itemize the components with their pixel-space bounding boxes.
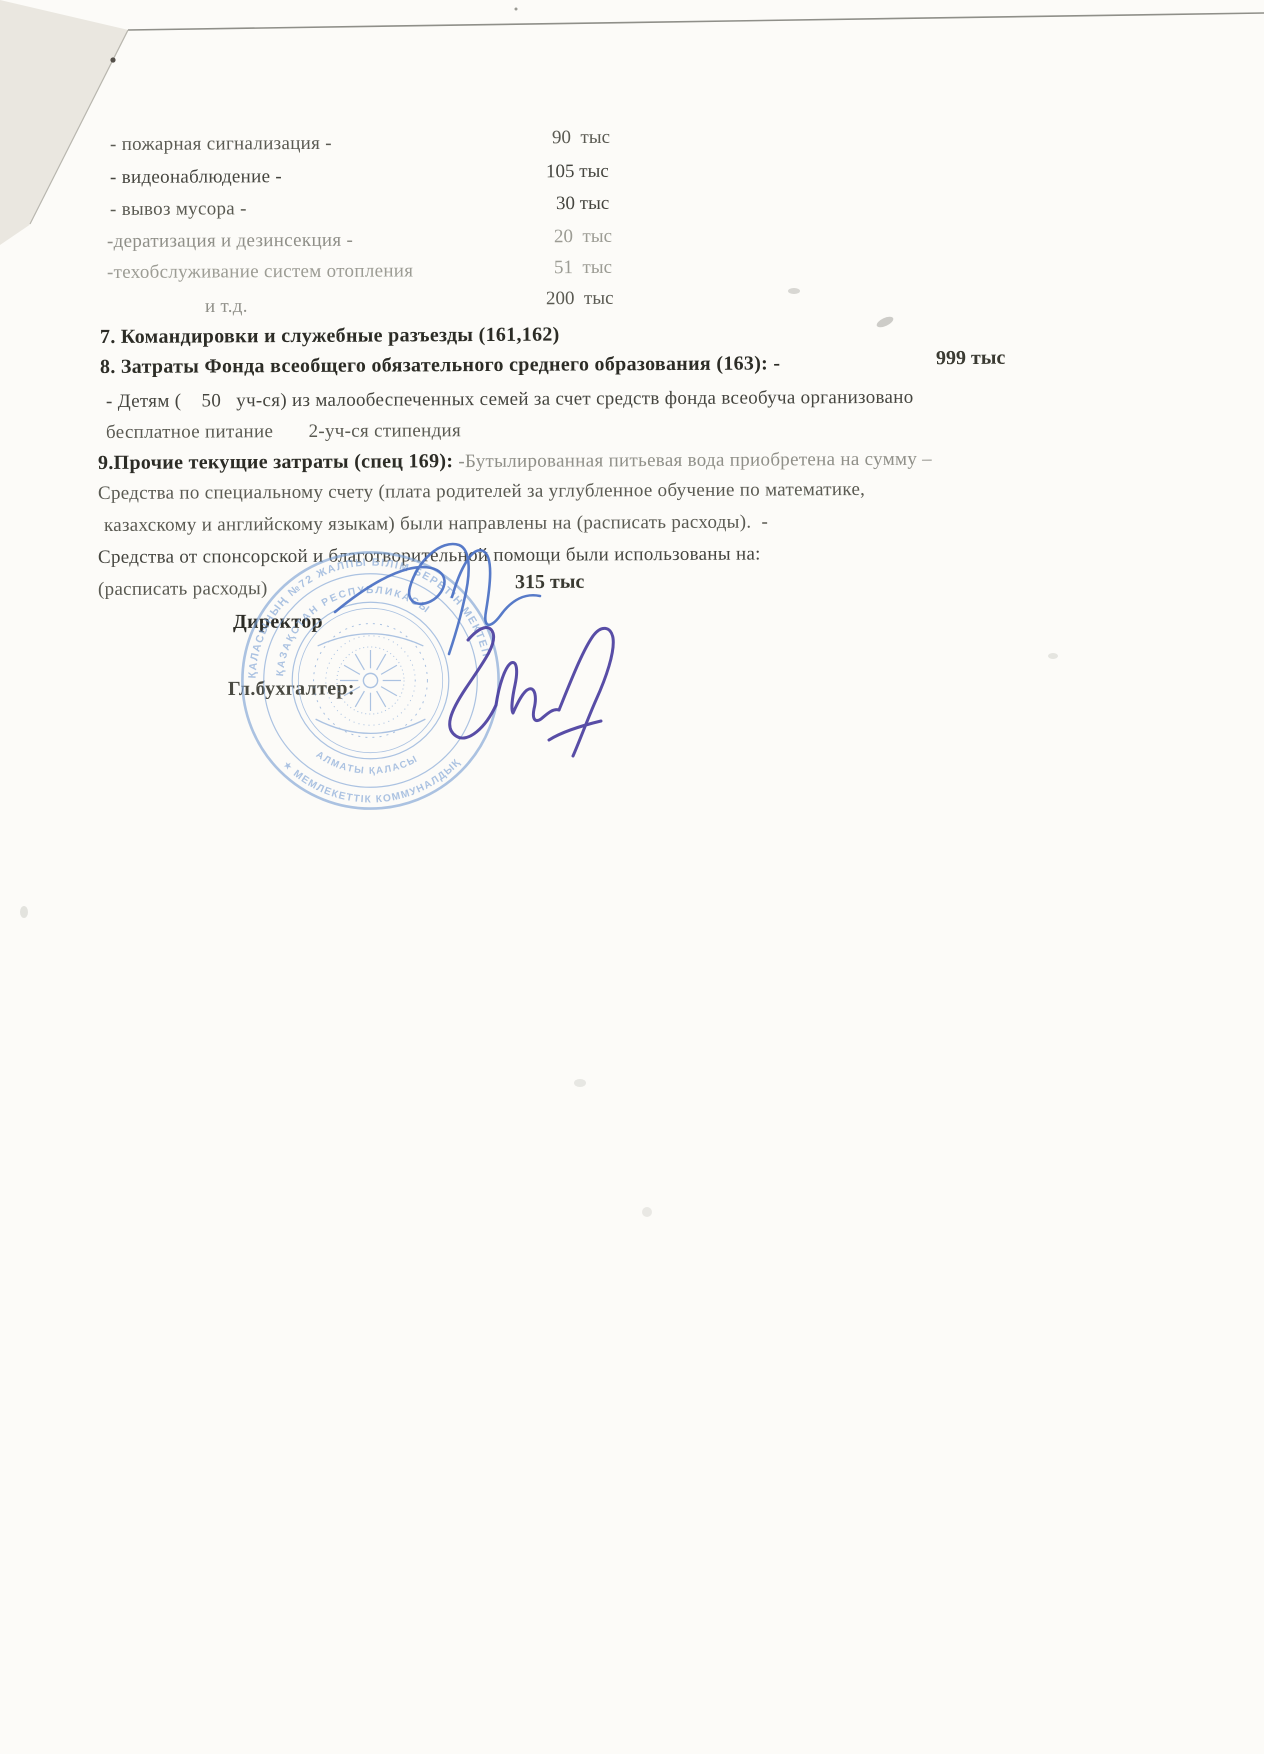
expense-value: 30 тыс (556, 193, 609, 215)
expense-label: - вывоз мусора - (110, 198, 247, 221)
expense-value: 51 тыс (554, 257, 612, 279)
expense-label: - видеонаблюдение - (110, 166, 282, 189)
section9-title: 9.Прочие текущие затраты (спец 169): (98, 450, 453, 474)
expense-value: 105 тыс (546, 161, 609, 183)
section8-value: 999 тыс (936, 347, 1005, 370)
smudge-artifact (1048, 653, 1058, 659)
smudge-artifact (20, 906, 28, 918)
section9-title-line: 9.Прочие текущие затраты (спец 169): -Бу… (98, 448, 932, 475)
stamp-emblem-center (363, 673, 377, 687)
scanned-report-page: - пожарная сигнализация - 90 тыс - видео… (0, 0, 1264, 1754)
smudge-artifact (875, 315, 895, 330)
section8-detail: бесплатное питание 2-уч-ся стипендия (106, 420, 461, 444)
accountant-signature (445, 612, 635, 782)
stamp-emblem-wing (316, 719, 426, 733)
section9-title-rest: -Бутылированная питьевая вода приобретен… (453, 449, 932, 473)
section8-title: 8. Затраты Фонда всеобщего обязательного… (100, 352, 780, 379)
expense-label: -техобслуживание систем отопления (107, 260, 413, 284)
expense-value: 20 тыс (554, 226, 612, 248)
smudge-artifact (788, 288, 800, 294)
expense-label: и т.д. (205, 296, 248, 318)
expense-label: -дератизация и дезинсекция - (107, 230, 353, 253)
section8-detail: - Детям ( 50 уч-ся) из малообеспеченных … (106, 387, 914, 413)
expense-value: 90 тыс (552, 127, 610, 149)
stamp-inner-bottom-textpath: АЛМАТЫ ҚАЛАСЫ (314, 749, 420, 776)
smudge-artifact (642, 1207, 652, 1217)
speck-artifact (515, 8, 518, 11)
section9-detail: Средства по специальному счету (плата ро… (98, 479, 865, 505)
expense-value: 200 тыс (546, 288, 614, 310)
section7-title: 7. Командировки и служебные разъезды (16… (100, 324, 560, 349)
page-top-edge-line (128, 13, 1264, 30)
smudge-artifact (574, 1079, 586, 1087)
stamp-inner-bottom-text: АЛМАТЫ ҚАЛАСЫ (314, 749, 420, 776)
expense-label: - пожарная сигнализация - (110, 133, 332, 156)
